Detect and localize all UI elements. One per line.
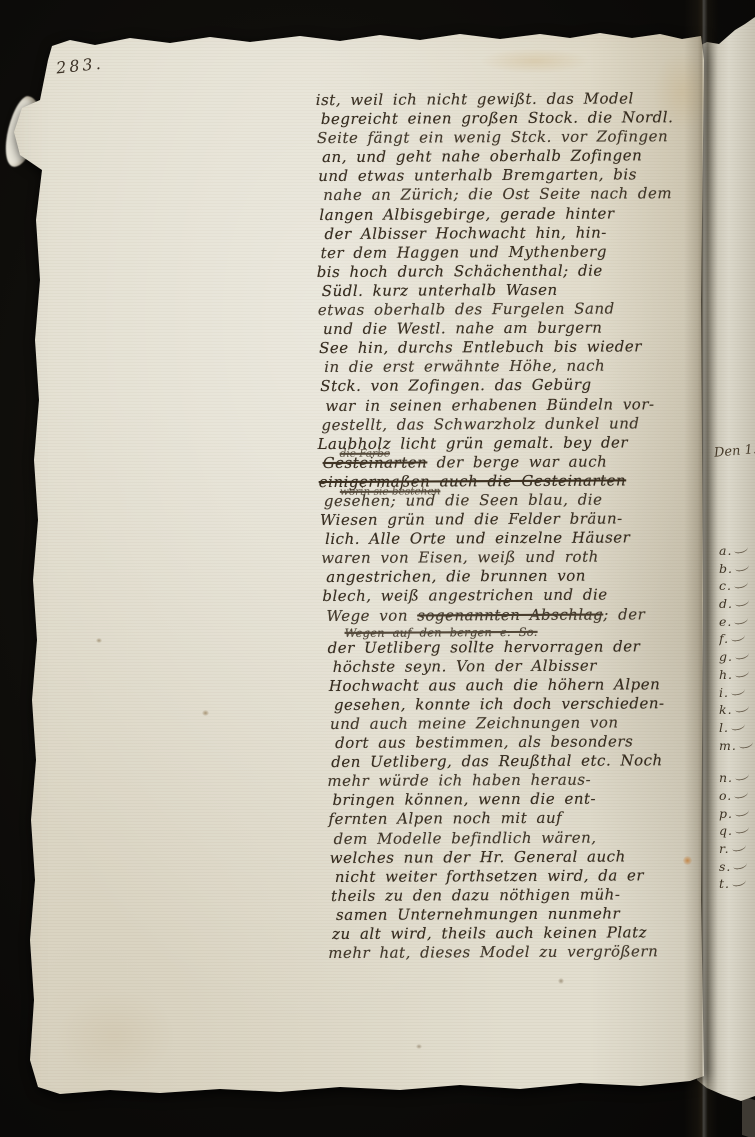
facing-page-list-item: a. xyxy=(719,543,755,561)
handwritten-text: den Uetliberg, das Reußthal etc. Noch xyxy=(331,751,663,771)
cut-off-word-stroke xyxy=(734,544,749,554)
cut-off-word-stroke xyxy=(734,562,749,572)
manuscript-line: höchste seyn. Von der Albisser xyxy=(333,656,711,677)
cut-off-word-stroke xyxy=(734,615,749,625)
manuscript-line: blech, weiß angestrichen und die xyxy=(322,585,710,606)
manuscript-line: und auch meine Zeichnungen von xyxy=(330,713,711,734)
list-letter: h. xyxy=(719,667,733,682)
list-letter: q. xyxy=(719,823,733,838)
struck-text: Wegen auf den bergen e. So. xyxy=(345,625,538,640)
manuscript-line: nahe an Zürich; die Ost Seite nach dem xyxy=(323,184,708,205)
manuscript-line: bis hoch durch Schächenthal; die xyxy=(317,261,709,282)
handwritten-text: in die erst erwähnte Höhe, nach xyxy=(324,357,605,376)
handwritten-text: an, und geht nahe oberhalb Zofingen xyxy=(322,147,642,167)
facing-page-list-item: f. xyxy=(719,631,755,649)
facing-page-list-item: g. xyxy=(719,649,755,667)
handwritten-text: ist, weil ich nicht gewißt. das Model xyxy=(316,89,634,109)
manuscript-line: und die Westl. nahe am burgern xyxy=(323,318,709,339)
handwritten-text: gesehen, konnte ich doch verschieden- xyxy=(334,694,665,714)
handwritten-text: blech, weiß angestrichen und die xyxy=(322,586,607,605)
handwritten-text: theils zu den dazu nöthigen müh- xyxy=(331,885,621,905)
manuscript-line: ist, weil ich nicht gewißt. das Model xyxy=(316,89,708,110)
manuscript-line: etwas oberhalb des Furgelen Sand xyxy=(318,299,709,320)
cut-off-word-stroke xyxy=(734,703,749,713)
list-letter: t. xyxy=(719,876,730,891)
list-letter: i. xyxy=(719,685,729,700)
cut-off-word-stroke xyxy=(731,632,746,642)
manuscript-line: Hochwacht aus auch die höhern Alpen xyxy=(329,675,711,696)
manuscript-line: dort aus bestimmen, als besonders xyxy=(335,732,711,753)
manuscript-line: gesehen, konnte ich doch verschieden- xyxy=(334,694,711,715)
facing-page-list-item: n. xyxy=(719,770,755,788)
handwritten-text: fernten Alpen noch mit auf xyxy=(328,809,562,828)
manuscript-line: See hin, durchs Entlebuch bis wieder xyxy=(319,337,709,358)
handwritten-text: ; der xyxy=(603,605,645,623)
list-letter: a. xyxy=(719,543,732,558)
manuscript-line: Wiesen grün und die Felder bräun- xyxy=(320,509,710,530)
handwritten-text: Wege von xyxy=(326,606,417,624)
list-letter: b. xyxy=(719,561,733,576)
manuscript-line: welches nun der Hr. General auch xyxy=(330,847,712,868)
manuscript-line: gesehen; und die Seen blau, die xyxy=(324,490,710,511)
manuscript-line: in die erst erwähnte Höhe, nach xyxy=(324,356,709,377)
cut-off-word-stroke xyxy=(734,650,749,660)
handwritten-text: welches nun der Hr. General auch xyxy=(330,847,626,867)
manuscript-line: mehr würde ich haben heraus- xyxy=(327,770,711,791)
list-letter: r. xyxy=(719,841,730,856)
facing-page-list-item: k. xyxy=(719,702,755,720)
handwritten-text: Südl. kurz unterhalb Wasen xyxy=(322,281,558,300)
manuscript-line: nicht weiter forthsetzen wird, da er xyxy=(335,866,712,887)
manuscript-line: und etwas unterhalb Bremgarten, bis xyxy=(318,165,708,186)
cut-off-word-stroke xyxy=(730,721,745,731)
list-letter: l. xyxy=(719,720,729,735)
handwritten-text: begreicht einen großen Stock. die Nordl. xyxy=(321,108,674,128)
list-letter: f. xyxy=(719,631,729,646)
handwritten-text: war in seinen erhabenen Bündeln vor- xyxy=(325,395,654,415)
manuscript-line: den Uetliberg, das Reußthal etc. Noch xyxy=(331,751,711,772)
manuscript-line: Wege von sogenannten Abschlag; der xyxy=(326,605,710,626)
manuscript-line: Wegen auf den bergen e. So. xyxy=(345,624,711,639)
facing-page-list-item: m. xyxy=(719,738,755,756)
manuscript-line: bringen können, wenn die ent- xyxy=(332,789,711,810)
list-letter: d. xyxy=(719,596,733,611)
handwritten-text: mehr hat, dieses Model zu vergrößern xyxy=(328,942,658,962)
manuscript-line: war in seinen erhabenen Bündeln vor- xyxy=(325,394,709,415)
manuscript-line: langen Albisgebirge, gerade hinter xyxy=(319,204,708,225)
handwritten-text: der Uetliberg sollte hervorragen der xyxy=(328,637,641,657)
facing-page-list-item: b. xyxy=(719,561,755,579)
manuscript-text-block: ist, weil ich nicht gewißt. das Modelbeg… xyxy=(316,89,713,963)
cut-off-word-stroke xyxy=(730,685,745,695)
photo-background: { "page": { "number": "283." }, "manuscr… xyxy=(0,0,755,1137)
cut-off-word-stroke xyxy=(731,842,746,852)
handwritten-text: Wiesen grün und die Felder bräun- xyxy=(320,509,623,529)
handwritten-text: etwas oberhalb des Furgelen Sand xyxy=(318,300,615,320)
manuscript-line: waren von Eisen, weiß und roth xyxy=(321,547,710,568)
manuscript-line: fernten Alpen noch mit auf xyxy=(328,808,711,829)
facing-page-list-item: h. xyxy=(719,667,755,685)
handwritten-text: und auch meine Zeichnungen von xyxy=(330,713,619,733)
cut-off-word-stroke xyxy=(734,789,749,799)
handwritten-text: der Albisser Hochwacht hin, hin- xyxy=(324,223,606,242)
manuscript-line: theils zu den dazu nöthigen müh- xyxy=(331,885,712,906)
handwritten-text: lich. Alle Orte und einzelne Häuser xyxy=(325,529,630,549)
list-letter: g. xyxy=(719,649,733,664)
facing-page-list-item: p. xyxy=(719,806,755,824)
manuscript-line: samen Unternehmungen nunmehr xyxy=(336,904,712,925)
handwritten-text: nicht weiter forthsetzen wird, da er xyxy=(335,866,644,886)
list-letter: o. xyxy=(719,788,732,803)
list-letter: n. xyxy=(719,770,733,785)
facing-page-list-item: c. xyxy=(719,578,755,596)
handwritten-text: gesehen; und die Seen blau, die xyxy=(324,491,603,510)
manuscript-line: zu alt wird, theils auch keinen Platz xyxy=(332,923,712,944)
facing-page-list-item: d. xyxy=(719,596,755,614)
manuscript-line: der Uetliberg sollte hervorragen der xyxy=(328,637,711,658)
facing-page-list-item: r. xyxy=(719,841,755,859)
handwritten-text: ter dem Haggen und Mythenberg xyxy=(321,242,607,261)
handwritten-text: samen Unternehmungen nunmehr xyxy=(336,904,620,923)
manuscript-line: mehr hat, dieses Model zu vergrößern xyxy=(328,942,712,963)
manuscript-line: lich. Alle Orte und einzelne Häuser xyxy=(325,528,710,549)
manuscript-line: begreicht einen großen Stock. die Nordl. xyxy=(321,108,708,129)
handwritten-text: dem Modelle befindlich wären, xyxy=(334,828,597,847)
list-letter: c. xyxy=(719,578,732,593)
handwritten-text: dort aus bestimmen, als besonders xyxy=(335,732,633,752)
cut-off-word-stroke xyxy=(733,579,748,589)
list-letter: k. xyxy=(719,702,733,717)
struck-text: sogenannten Abschlag xyxy=(417,605,603,624)
facing-page-list: a.b.c.d.e.f.g.h.i.k.l.m.n.o.p.q.r.s.t. xyxy=(719,543,755,894)
facing-page-list-item: e. xyxy=(719,614,755,632)
facing-page-list-item: t. xyxy=(719,876,755,894)
facing-page-list-item: s. xyxy=(719,859,755,877)
handwritten-text: nahe an Zürich; die Ost Seite nach dem xyxy=(323,185,672,205)
manuscript-line: gestellt, das Schwarzholz dunkel und xyxy=(321,414,709,435)
handwritten-text: höchste seyn. Von der Albisser xyxy=(333,656,597,675)
handwritten-text: Stck. von Zofingen. das Gebürg xyxy=(320,376,591,395)
facing-page-list-item: o. xyxy=(719,788,755,806)
manuscript-line: Gesteinarten der berge war auch xyxy=(323,452,710,473)
facing-page-list-item: i. xyxy=(719,685,755,703)
manuscript-line: Südl. kurz unterhalb Wasen xyxy=(322,280,709,301)
cut-off-word-stroke xyxy=(733,860,748,870)
handwritten-text: mehr würde ich haben heraus- xyxy=(327,771,591,790)
manuscript-line: an, und geht nahe oberhalb Zofingen xyxy=(322,146,708,167)
cut-off-word-stroke xyxy=(734,597,749,607)
cut-off-word-stroke xyxy=(734,668,749,678)
manuscript-line: dem Modelle befindlich wären, xyxy=(334,828,712,849)
manuscript-line: der Albisser Hochwacht hin, hin- xyxy=(324,223,708,244)
list-letter: e. xyxy=(719,614,732,629)
handwritten-text: zu alt wird, theils auch keinen Platz xyxy=(332,923,647,943)
cut-off-word-stroke xyxy=(734,771,749,781)
handwritten-text: gestellt, das Schwarzholz dunkel und xyxy=(321,414,639,434)
list-letter: p. xyxy=(719,806,733,821)
handwritten-text: bis hoch durch Schächenthal; die xyxy=(317,261,603,280)
cut-off-word-stroke xyxy=(738,738,753,748)
manuscript-line: Seite fängt ein wenig Stck. vor Zofingen xyxy=(317,127,708,148)
cut-off-word-stroke xyxy=(734,824,749,834)
list-letter: m. xyxy=(719,738,737,753)
handwritten-text: und die Westl. nahe am burgern xyxy=(323,319,603,338)
handwritten-text: Seite fängt ein wenig Stck. vor Zofingen xyxy=(317,127,668,147)
manuscript-line: Stck. von Zofingen. das Gebürg xyxy=(320,375,709,396)
facing-page-list-item: q. xyxy=(719,823,755,841)
handwritten-text: langen Albisgebirge, gerade hinter xyxy=(319,204,614,224)
handwritten-text: See hin, durchs Entlebuch bis wieder xyxy=(319,338,642,358)
manuscript-line: ter dem Haggen und Mythenberg xyxy=(321,242,709,263)
facing-page-list-item: l. xyxy=(719,720,755,738)
handwritten-text: Hochwacht aus auch die höhern Alpen xyxy=(329,675,661,695)
list-letter: s. xyxy=(719,859,731,874)
manuscript-line: angestrichen, die brunnen von xyxy=(326,566,710,587)
handwritten-text: und etwas unterhalb Bremgarten, bis xyxy=(318,166,637,186)
cut-off-word-stroke xyxy=(734,806,749,816)
handwritten-text: waren von Eisen, weiß und roth xyxy=(321,548,599,567)
handwritten-text: der berge war auch xyxy=(427,452,607,471)
struck-text: Gesteinarten xyxy=(323,453,428,472)
handwritten-text: bringen können, wenn die ent- xyxy=(332,790,596,809)
handwritten-text: angestrichen, die brunnen von xyxy=(326,567,586,586)
cut-off-word-stroke xyxy=(731,877,746,887)
